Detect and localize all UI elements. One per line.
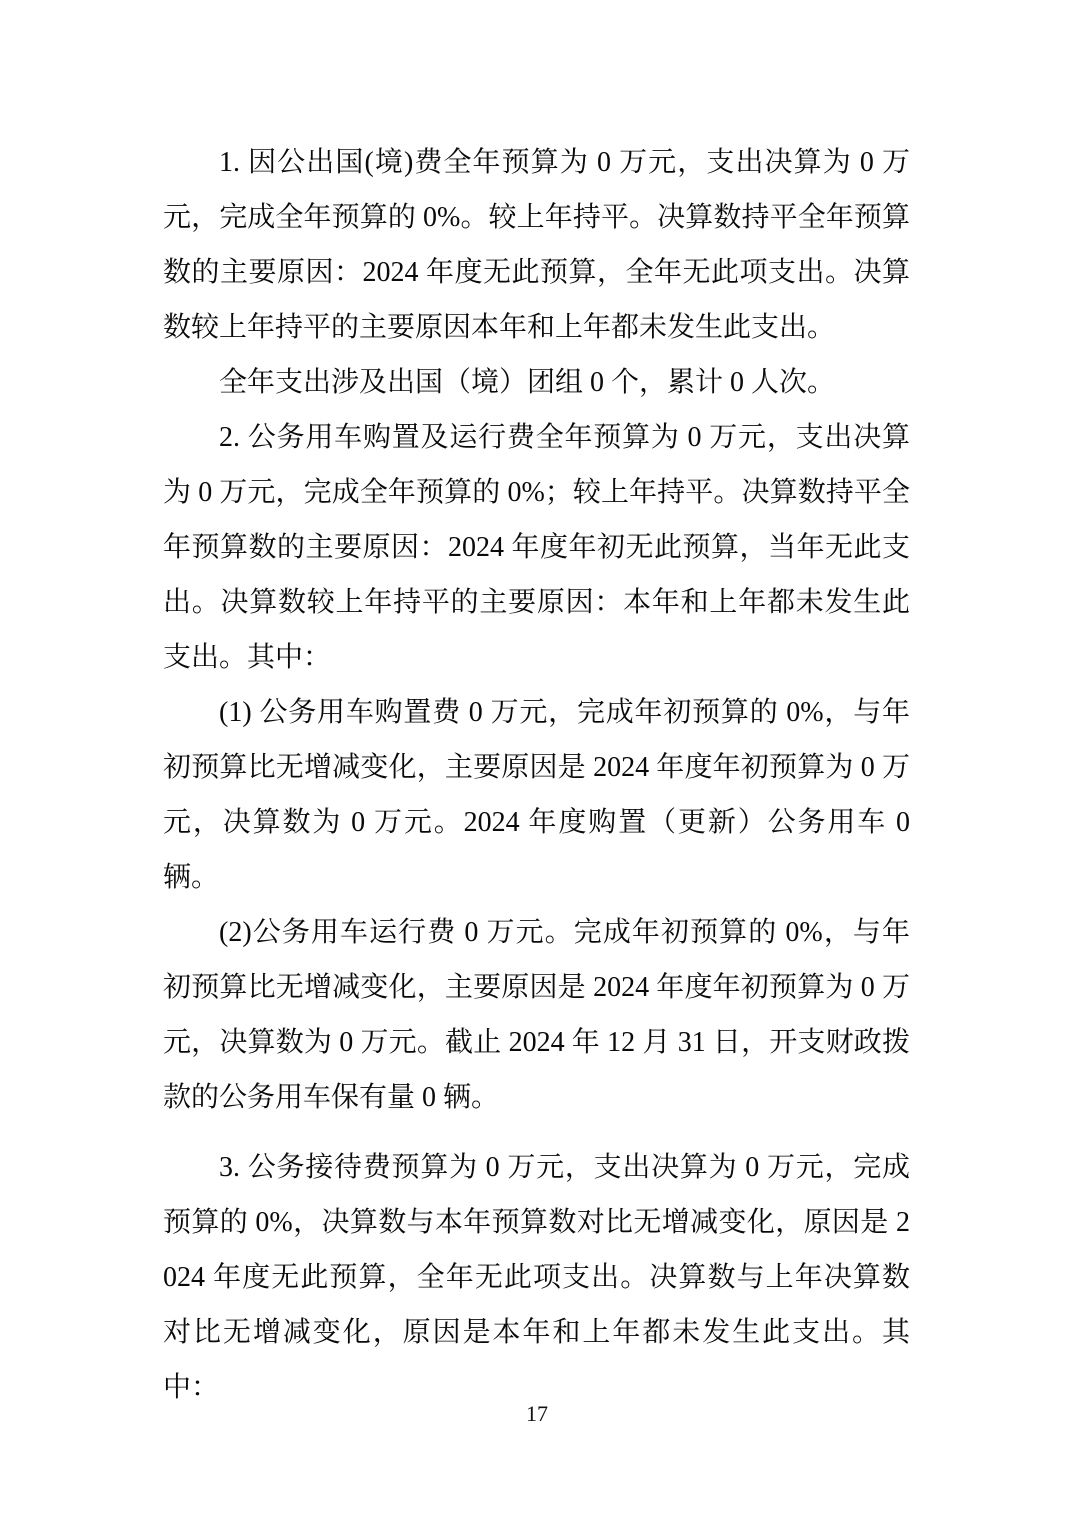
page-number: 17 xyxy=(526,1401,548,1426)
paragraph-vehicle-expense: 2. 公务用车购置及运行费全年预算为 0 万元，支出决算为 0 万元，完成全年预… xyxy=(163,410,910,685)
paragraph-vehicle-operation: (2)公务用车运行费 0 万元。完成年初预算的 0%，与年初预算比无增减变化，主… xyxy=(163,905,910,1125)
document-page: 1. 因公出国(境)费全年预算为 0 万元，支出决算为 0 万元，完成全年预算的… xyxy=(0,0,1074,1520)
paragraph-reception-expense: 3. 公务接待费预算为 0 万元，支出决算为 0 万元，完成预算的 0%，决算数… xyxy=(163,1140,910,1415)
document-body: 1. 因公出国(境)费全年预算为 0 万元，支出决算为 0 万元，完成全年预算的… xyxy=(163,135,910,1415)
paragraph-vehicle-purchase: (1) 公务用车购置费 0 万元，完成年初预算的 0%，与年初预算比无增减变化，… xyxy=(163,685,910,905)
paragraph-abroad-expense: 1. 因公出国(境)费全年预算为 0 万元，支出决算为 0 万元，完成全年预算的… xyxy=(163,135,910,355)
page-footer: 17 xyxy=(0,1400,1074,1428)
paragraph-abroad-groups: 全年支出涉及出国（境）团组 0 个，累计 0 人次。 xyxy=(163,355,910,410)
